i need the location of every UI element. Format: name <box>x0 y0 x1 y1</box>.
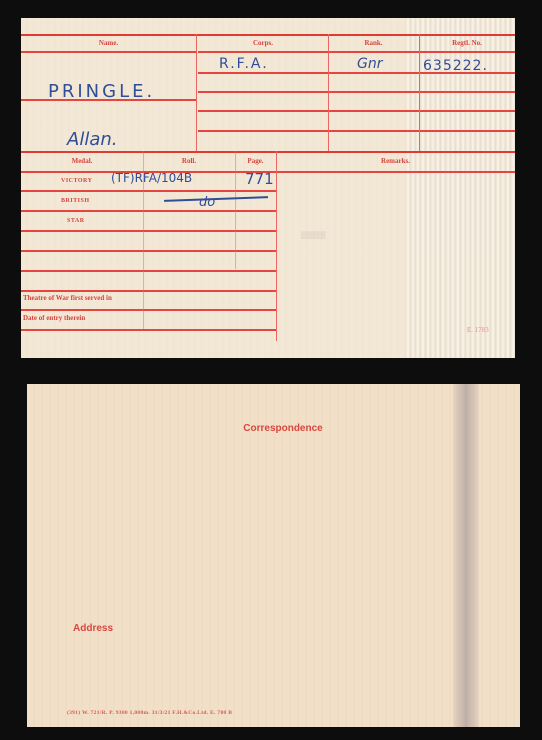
header-medal: Medal. <box>21 157 143 165</box>
rule-medal-4 <box>21 250 276 252</box>
surname: PRINGLE. <box>48 81 155 102</box>
vrule-corps <box>328 34 329 151</box>
address-label: Address <box>73 623 113 634</box>
rule-row-2 <box>198 91 515 93</box>
regtl-no-value: 635222. <box>423 58 488 74</box>
printer-imprint: (391) W. 721/R. P. 9300 1,000m. 31/3/21 … <box>67 710 232 716</box>
rule-medal-8 <box>21 329 276 331</box>
medal-british-label: British <box>61 198 90 204</box>
medal-victory-page: 771 <box>245 170 274 188</box>
rule-row-4 <box>198 130 515 132</box>
rule-medal-6 <box>21 290 276 292</box>
medal-star-label: Star <box>67 218 85 224</box>
date-entry-label: Date of entry therein <box>23 314 85 322</box>
rule-row-3 <box>198 110 515 112</box>
form-number: E. 1783 <box>467 326 489 334</box>
rule-medal-2 <box>21 210 276 212</box>
rule-medal-3 <box>21 230 276 232</box>
rule-medal-5 <box>21 270 276 272</box>
fold-shadow <box>453 384 479 727</box>
corps-value: R.F.A. <box>219 56 269 72</box>
header-name: Name. <box>21 39 196 47</box>
vrule-name <box>196 34 197 151</box>
medal-british-roll: do <box>199 195 215 210</box>
rule-medal-1 <box>21 190 276 192</box>
header-roll: Roll. <box>143 157 235 165</box>
rule-top <box>21 34 515 36</box>
vrule-rank <box>419 34 420 151</box>
vrule-roll <box>235 151 236 269</box>
header-regtl-no: Regtl. No. <box>419 39 515 47</box>
medal-card-front: Name. Corps. Rank. Regtl. No. PRINGLE. A… <box>21 18 515 358</box>
rule-medal-7 <box>21 309 276 311</box>
rule-section <box>21 151 515 153</box>
header-corps: Corps. <box>198 39 328 47</box>
header-remarks: Remarks. <box>276 157 515 165</box>
forename: Allan. <box>67 129 117 150</box>
header-page: Page. <box>235 157 276 165</box>
rank-value: Gnr <box>357 56 382 72</box>
header-rank: Rank. <box>328 39 419 47</box>
rule-header <box>198 51 515 53</box>
medal-card-back: Correspondence Address (391) W. 721/R. P… <box>27 384 520 727</box>
theatre-label: Theatre of War first served in <box>23 294 112 302</box>
medal-victory-roll: (TF)RFA/104B <box>111 171 192 185</box>
faint-stamp: ▒▒▒▒▒ <box>301 231 326 239</box>
correspondence-label: Correspondence <box>27 423 539 434</box>
ditto-line <box>164 196 268 201</box>
rule-name-header <box>21 51 196 53</box>
medal-victory-label: Victory <box>61 178 93 184</box>
vrule-page <box>276 151 277 341</box>
